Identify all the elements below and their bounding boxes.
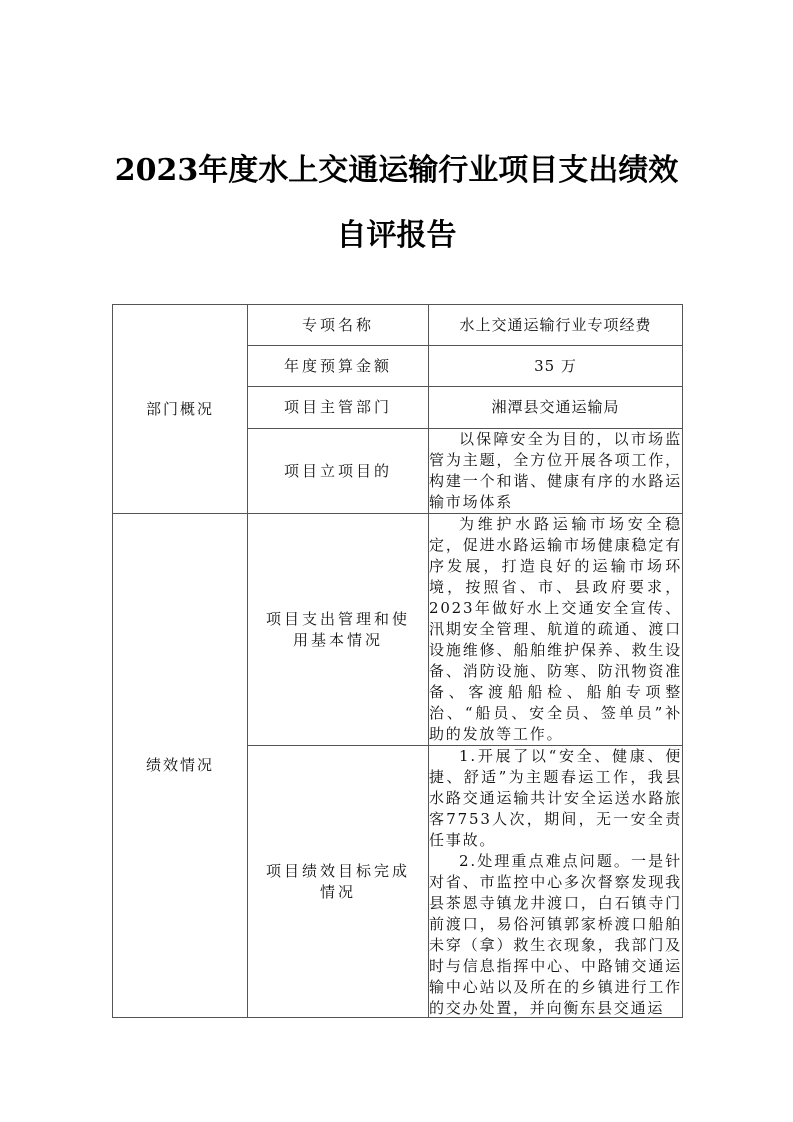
field-label: 项目绩效目标完成 情况 <box>248 746 429 1018</box>
field-value: 35 万 <box>429 346 683 387</box>
field-label-line1: 项目支出管理和使 <box>248 609 428 630</box>
field-label-line1: 项目绩效目标完成 <box>248 861 428 882</box>
field-label: 年度预算金额 <box>248 346 429 387</box>
paragraph-container: 1.开展了以“安全、健康、便捷、舒适”为主题春运工作，我县水路交通运输共计安全运… <box>429 746 682 1016</box>
field-label: 项目主管部门 <box>248 387 429 429</box>
paragraph: 以保障安全为目的，以市场监管为主题，全方位开展各项工作，构建一个和谐、健康有序的… <box>429 429 682 513</box>
document-title-line2: 自评报告 <box>0 210 793 254</box>
table-row: 部门概况 专项名称 水上交通运输行业专项经费 <box>113 305 683 346</box>
self-evaluation-table: 部门概况 专项名称 水上交通运输行业专项经费 年度预算金额 35 万 项目主管部… <box>112 304 683 1018</box>
field-value: 以保障安全为目的，以市场监管为主题，全方位开展各项工作，构建一个和谐、健康有序的… <box>429 429 683 514</box>
field-label: 项目立项目的 <box>248 429 429 514</box>
field-label: 项目支出管理和使 用基本情况 <box>248 514 429 746</box>
field-value: 湘潭县交通运输局 <box>429 387 683 429</box>
table-row: 绩效情况 项目支出管理和使 用基本情况 为维护水路运输市场安全稳定，促进水路运输… <box>113 514 683 746</box>
document-title-line1: 2023年度水上交通运输行业项目支出绩效 <box>0 145 793 189</box>
field-value: 为维护水路运输市场安全稳定，促进水路运输市场健康稳定有序发展，打造良好的运输市场… <box>429 514 683 746</box>
field-label: 专项名称 <box>248 305 429 346</box>
paragraph: 为维护水路运输市场安全稳定，促进水路运输市场健康稳定有序发展，打造良好的运输市场… <box>429 514 682 745</box>
paragraph: 2.处理重点难点问题。一是针对省、市监控中心多次督察发现我县茶恩寺镇龙井渡口，白… <box>429 851 682 1016</box>
field-value: 水上交通运输行业专项经费 <box>429 305 683 346</box>
field-value: 1.开展了以“安全、健康、便捷、舒适”为主题春运工作，我县水路交通运输共计安全运… <box>429 746 683 1018</box>
paragraph: 1.开展了以“安全、健康、便捷、舒适”为主题春运工作，我县水路交通运输共计安全运… <box>429 746 682 851</box>
field-label-line2: 用基本情况 <box>248 630 428 651</box>
field-label-line2: 情况 <box>248 882 428 903</box>
section-label-performance: 绩效情况 <box>113 514 248 1018</box>
section-label-dept-overview: 部门概况 <box>113 305 248 514</box>
